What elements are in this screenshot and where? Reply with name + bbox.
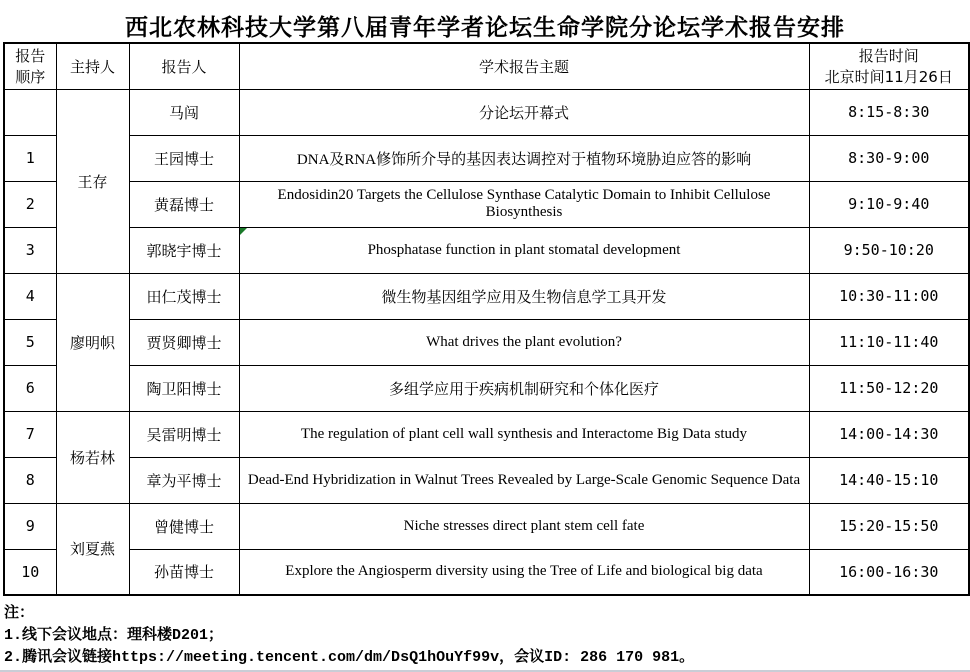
speaker-cell: 贾贤卿博士 [129, 319, 239, 365]
header-row: 报告 顺序 主持人 报告人 学术报告主题 报告时间 北京时间11月26日 [4, 43, 969, 89]
table-row: 8 章为平博士 Dead-End Hybridization in Walnut… [4, 457, 969, 503]
col-header-time-line2: 北京时间11月26日 [810, 66, 969, 87]
order-cell [4, 89, 56, 135]
schedule-table: 报告 顺序 主持人 报告人 学术报告主题 报告时间 北京时间11月26日 王存 … [3, 42, 970, 596]
time-cell: 8:15-8:30 [809, 89, 969, 135]
topic-cell: What drives the plant evolution? [239, 319, 809, 365]
note-line-venue: 1.线下会议地点：理科楼D201； [4, 625, 970, 647]
time-cell: 16:00-16:30 [809, 549, 969, 595]
order-cell: 3 [4, 227, 56, 273]
host-cell: 刘夏燕 [56, 503, 129, 595]
page-title: 西北农林科技大学第八届青年学者论坛生命学院分论坛学术报告安排 [0, 0, 970, 42]
order-cell: 9 [4, 503, 56, 549]
table-row: 王存 马闯 分论坛开幕式 8:15-8:30 [4, 89, 969, 135]
note-meeting-suffix: ，会议ID: 286 170 981。 [499, 649, 694, 666]
col-header-time-line1: 报告时间 [810, 45, 969, 66]
topic-text: Phosphatase function in plant stomatal d… [368, 242, 681, 258]
speaker-cell: 田仁茂博士 [129, 273, 239, 319]
col-header-time: 报告时间 北京时间11月26日 [809, 43, 969, 89]
order-cell: 2 [4, 181, 56, 227]
time-cell: 10:30-11:00 [809, 273, 969, 319]
cell-comment-marker-icon [240, 228, 247, 235]
col-header-topic: 学术报告主题 [239, 43, 809, 89]
topic-cell: Niche stresses direct plant stem cell fa… [239, 503, 809, 549]
speaker-cell: 王园博士 [129, 135, 239, 181]
speaker-cell: 曾健博士 [129, 503, 239, 549]
table-row: 9 刘夏燕 曾健博士 Niche stresses direct plant s… [4, 503, 969, 549]
notes-label: 注： [4, 603, 970, 625]
topic-cell: Phosphatase function in plant stomatal d… [239, 227, 809, 273]
host-cell: 王存 [56, 89, 129, 273]
topic-cell: 微生物基因组学应用及生物信息学工具开发 [239, 273, 809, 319]
topic-cell: Explore the Angiosperm diversity using t… [239, 549, 809, 595]
topic-cell: 多组学应用于疾病机制研究和个体化医疗 [239, 365, 809, 411]
time-cell: 11:50-12:20 [809, 365, 969, 411]
topic-cell: The regulation of plant cell wall synthe… [239, 411, 809, 457]
time-cell: 14:00-14:30 [809, 411, 969, 457]
col-header-order-line1: 报告 [5, 45, 56, 66]
note-line-meeting: 2.腾讯会议链接https://meeting.tencent.com/dm/D… [4, 647, 970, 669]
order-cell: 4 [4, 273, 56, 319]
topic-cell: DNA及RNA修饰所介导的基因表达调控对于植物环境胁迫应答的影响 [239, 135, 809, 181]
speaker-cell: 黄磊博士 [129, 181, 239, 227]
table-row: 2 黄磊博士 Endosidin20 Targets the Cellulose… [4, 181, 969, 227]
time-cell: 8:30-9:00 [809, 135, 969, 181]
table-row: 1 王园博士 DNA及RNA修饰所介导的基因表达调控对于植物环境胁迫应答的影响 … [4, 135, 969, 181]
table-row: 6 陶卫阳博士 多组学应用于疾病机制研究和个体化医疗 11:50-12:20 [4, 365, 969, 411]
order-cell: 6 [4, 365, 56, 411]
speaker-cell: 孙苗博士 [129, 549, 239, 595]
order-cell: 10 [4, 549, 56, 595]
table-row: 3 郭晓宇博士 Phosphatase function in plant st… [4, 227, 969, 273]
speaker-cell: 吴雷明博士 [129, 411, 239, 457]
speaker-cell: 郭晓宇博士 [129, 227, 239, 273]
footnotes: 注： 1.线下会议地点：理科楼D201； 2.腾讯会议链接https://mee… [4, 603, 970, 669]
time-cell: 9:10-9:40 [809, 181, 969, 227]
topic-cell: 分论坛开幕式 [239, 89, 809, 135]
order-cell: 1 [4, 135, 56, 181]
meeting-link[interactable]: https://meeting.tencent.com/dm/DsQ1hOuYf… [112, 649, 499, 666]
col-header-speaker: 报告人 [129, 43, 239, 89]
order-cell: 8 [4, 457, 56, 503]
col-header-order: 报告 顺序 [4, 43, 56, 89]
table-row: 7 杨若林 吴雷明博士 The regulation of plant cell… [4, 411, 969, 457]
order-cell: 5 [4, 319, 56, 365]
time-cell: 15:20-15:50 [809, 503, 969, 549]
time-cell: 11:10-11:40 [809, 319, 969, 365]
table-row: 5 贾贤卿博士 What drives the plant evolution?… [4, 319, 969, 365]
speaker-cell: 陶卫阳博士 [129, 365, 239, 411]
time-cell: 14:40-15:10 [809, 457, 969, 503]
table-row: 4 廖明帜 田仁茂博士 微生物基因组学应用及生物信息学工具开发 10:30-11… [4, 273, 969, 319]
time-cell: 9:50-10:20 [809, 227, 969, 273]
col-header-host: 主持人 [56, 43, 129, 89]
host-cell: 廖明帜 [56, 273, 129, 411]
host-cell: 杨若林 [56, 411, 129, 503]
col-header-order-line2: 顺序 [5, 66, 56, 87]
table-row: 10 孙苗博士 Explore the Angiosperm diversity… [4, 549, 969, 595]
note-meeting-prefix: 2.腾讯会议链接 [4, 649, 112, 666]
order-cell: 7 [4, 411, 56, 457]
speaker-cell: 章为平博士 [129, 457, 239, 503]
topic-cell: Dead-End Hybridization in Walnut Trees R… [239, 457, 809, 503]
speaker-cell: 马闯 [129, 89, 239, 135]
topic-cell: Endosidin20 Targets the Cellulose Syntha… [239, 181, 809, 227]
